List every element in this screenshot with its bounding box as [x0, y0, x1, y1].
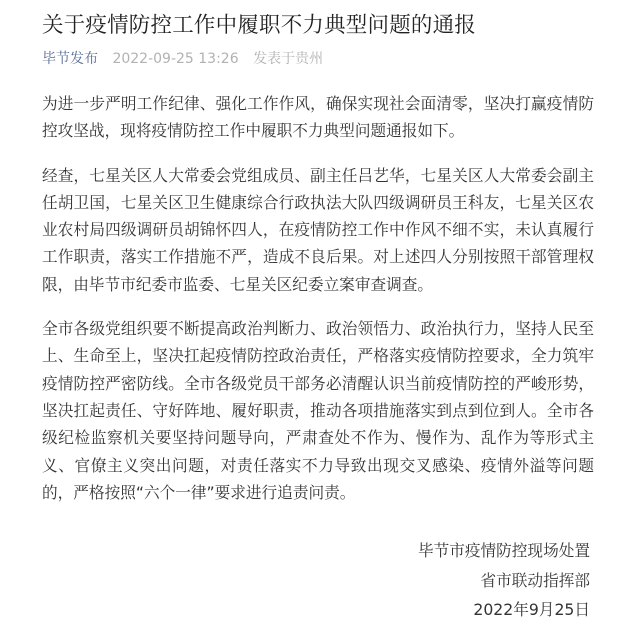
- paragraph-requirements: 全市各级党组织要不断提高政治判断力、政治领悟力、政治执行力，坚持人民至上、生命至…: [42, 315, 594, 506]
- article-title: 关于疫情防控工作中履职不力典型问题的通报: [42, 11, 476, 41]
- paragraph-intro: 为进一步严明工作纪律、强化工作作风，确保实现社会面清零，坚决打赢疫情防控攻坚战，…: [42, 90, 594, 145]
- publish-location: 发表于贵州: [253, 51, 323, 67]
- signature-block: 毕节市疫情防控现场处置 省市联动指挥部 2022年9月25日: [418, 536, 590, 625]
- article-body: 为进一步严明工作纪律、强化工作作风，确保实现社会面清零，坚决打赢疫情防控攻坚战，…: [42, 90, 594, 506]
- article-meta: 毕节发布 2022-09-25 13:26 发表于贵州: [42, 49, 323, 69]
- signature-date: 2022年9月25日: [418, 595, 590, 625]
- account-name-link[interactable]: 毕节发布: [42, 51, 98, 67]
- signature-org-line1: 毕节市疫情防控现场处置: [418, 536, 590, 566]
- paragraph-findings: 经查，七星关区人大常委会党组成员、副主任吕艺华，七星关区人大常委会副主任胡卫国，…: [42, 162, 594, 298]
- signature-org-line2: 省市联动指挥部: [418, 566, 590, 596]
- publish-datetime: 2022-09-25 13:26: [112, 51, 238, 67]
